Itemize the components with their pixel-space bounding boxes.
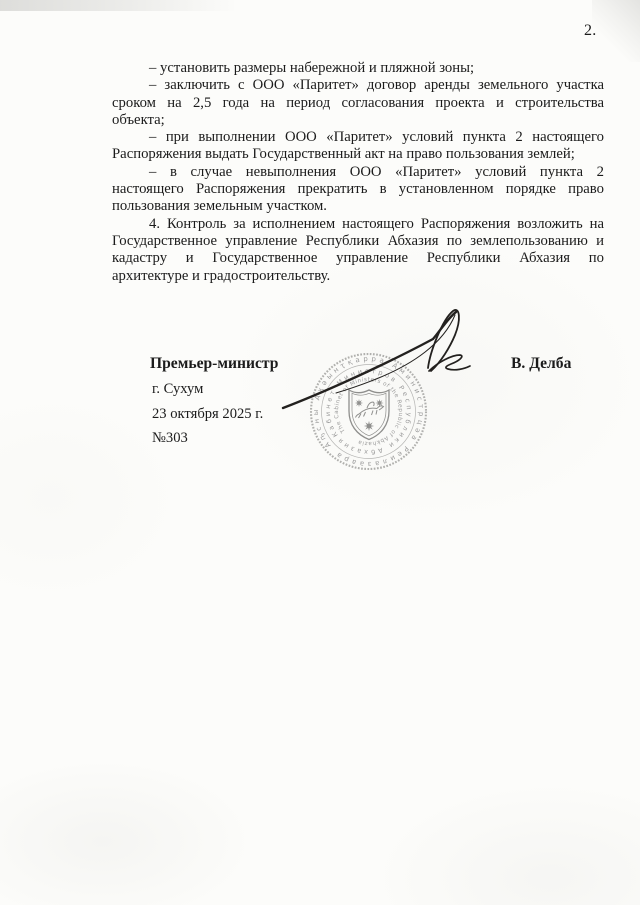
- text-line: настоящего Распоряжения прекратить в уст…: [112, 181, 604, 198]
- shield-star-left-icon: [355, 399, 363, 407]
- stamp-middle-ring-text-group: Кабинет Министров Республики Абхазия ★: [307, 350, 430, 473]
- text-line: архитектуре и градостроительству.: [112, 268, 604, 285]
- text-line: пользования земельным участком.: [112, 198, 604, 215]
- scan-shadow-corner: [592, 0, 640, 62]
- text-line: сроком на 2,5 года на период согласовани…: [112, 95, 604, 112]
- paragraph: – установить размеры набережной и пляжно…: [112, 60, 604, 77]
- stamp-seal-graphic: Аҧсны Аҳәынҭқарра Аминистрцәа Реилазаара…: [307, 350, 430, 473]
- shield-star-bottom-icon: [364, 421, 374, 431]
- paragraph: – в случае невыполнения ООО «Паритет» ус…: [112, 164, 604, 216]
- text-line: кадастру и Государственное управление Ре…: [112, 250, 604, 267]
- document-number: №303: [152, 430, 188, 447]
- signature-zigzag-flourish: [429, 355, 470, 371]
- page-number: 2.: [584, 22, 597, 40]
- stamp-middle-ring-text: Кабинет Министров Республики Абхазия ★: [307, 350, 430, 473]
- date-line: 23 октября 2025 г.: [152, 406, 263, 423]
- signer-title: Премьер-министр: [150, 355, 278, 373]
- paragraph: – заключить с ООО «Паритет» договор арен…: [112, 77, 604, 129]
- signer-name: В. Делба: [511, 355, 571, 373]
- shield-outline-icon: [349, 390, 389, 440]
- place-line: г. Сухум: [152, 381, 203, 398]
- text-line: – при выполнении ООО «Паритет» условий п…: [112, 129, 604, 146]
- paragraph: – при выполнении ООО «Паритет» условий п…: [112, 129, 604, 164]
- text-line: – заключить с ООО «Паритет» договор арен…: [112, 77, 604, 94]
- stamp-coat-of-arms: [349, 390, 389, 440]
- svg-text:Кабинет Министров Республики А: Кабинет Министров Республики Абхазия ★: [307, 350, 430, 473]
- text-line: – установить размеры набережной и пляжно…: [112, 60, 604, 77]
- text-line: Государственное управление Республики Аб…: [112, 233, 604, 250]
- stamp-inner-ring-text: The Cabinet of Ministers of the Republic…: [320, 363, 417, 460]
- scanned-document-page: 2. – установить размеры набережной и пля…: [0, 0, 640, 905]
- text-line: 4. Контроль за исполнением настоящего Ра…: [112, 216, 604, 233]
- text-line: Распоряжения выдать Государственный акт …: [112, 146, 604, 163]
- official-stamp: Аҧсны Аҳәынҭқарра Аминистрцәа Реилазаара…: [307, 350, 430, 473]
- scan-shadow-top: [0, 0, 238, 11]
- stamp-inner-ring-text-group: The Cabinet of Ministers of the Republic…: [320, 363, 417, 460]
- text-line: – в случае невыполнения ООО «Паритет» ус…: [112, 164, 604, 181]
- text-line: объекта;: [112, 112, 604, 129]
- paragraph: 4. Контроль за исполнением настоящего Ра…: [112, 216, 604, 285]
- svg-text:The Cabinet of Ministers of th: The Cabinet of Ministers of the Republic…: [320, 363, 417, 460]
- signature-loop-stroke: [428, 310, 459, 371]
- document-body: – установить размеры набережной и пляжно…: [112, 60, 604, 285]
